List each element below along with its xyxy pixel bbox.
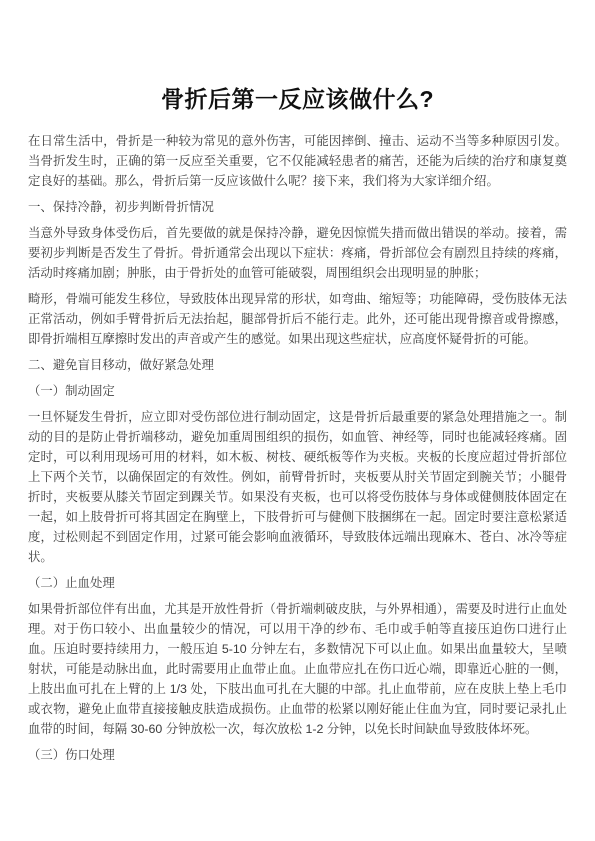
- section-2-heading: 二、避免盲目移动，做好紧急处理: [28, 355, 567, 375]
- intro-paragraph: 在日常生活中，骨折是一种较为常见的意外伤害，可能因摔倒、撞击、运动不当等多种原因…: [28, 131, 567, 191]
- immobilization-paragraph: 一旦怀疑发生骨折，应立即对受伤部位进行制动固定，这是骨折后最重要的紧急处理措施之…: [28, 407, 567, 567]
- subsection-3-heading: （三）伤口处理: [28, 745, 567, 765]
- deformity-paragraph: 畸形，骨端可能发生移位，导致肢体出现异常的形状，如弯曲、缩短等；功能障碍，受伤肢…: [28, 289, 567, 349]
- section-1-heading: 一、保持冷静，初步判断骨折情况: [28, 197, 567, 217]
- subsection-2-heading: （二）止血处理: [28, 573, 567, 593]
- symptoms-paragraph: 当意外导致身体受伤后，首先要做的就是保持冷静，避免因惊慌失措而做出错误的举动。接…: [28, 223, 567, 283]
- document-page: 骨折后第一反应该做什么? 在日常生活中，骨折是一种较为常见的意外伤害，可能因摔倒…: [0, 0, 595, 841]
- hemostasis-paragraph: 如果骨折部位伴有出血，尤其是开放性骨折（骨折端刺破皮肤，与外界相通），需要及时进…: [28, 599, 567, 739]
- subsection-1-heading: （一）制动固定: [28, 381, 567, 401]
- document-title: 骨折后第一反应该做什么?: [28, 84, 567, 115]
